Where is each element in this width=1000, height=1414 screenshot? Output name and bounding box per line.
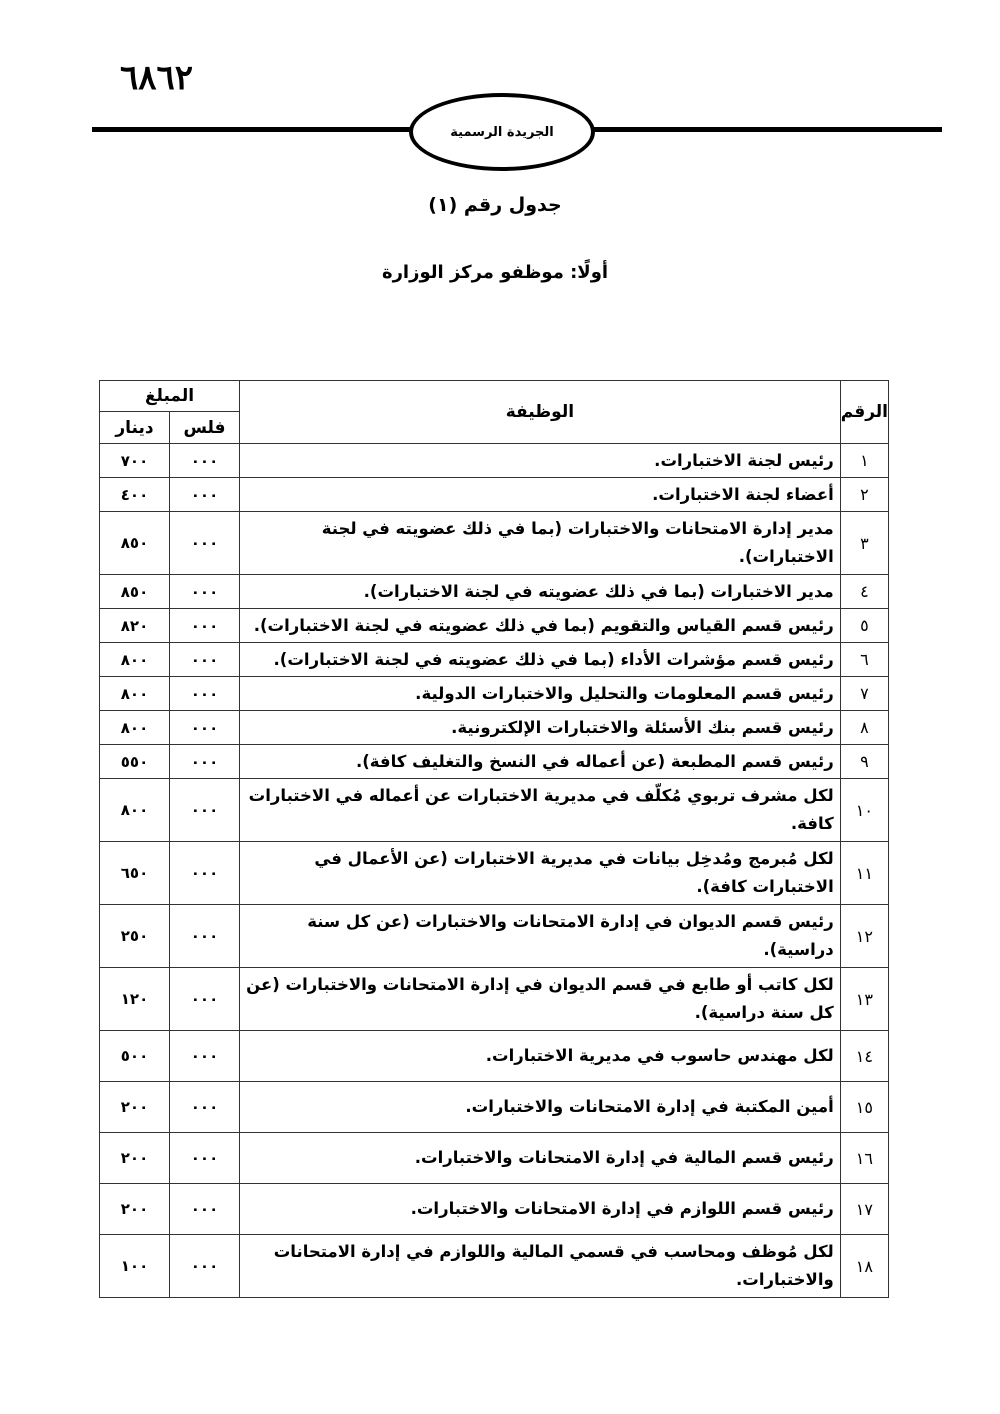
row-job: أمين المكتبة في إدارة الامتحانات والاختب… <box>240 1082 841 1133</box>
row-job: لكل مشرف تربوي مُكلّف في مديرية الاختبار… <box>240 779 841 842</box>
row-dinar: ٢٠٠ <box>100 1082 170 1133</box>
row-fils: ٠٠٠ <box>170 1184 240 1235</box>
row-number: ١٧ <box>840 1184 888 1235</box>
table-row: ١ رئيس لجنة الاختبارات. ٠٠٠ ٧٠٠ <box>100 444 889 478</box>
row-job: رئيس قسم المالية في إدارة الامتحانات وال… <box>240 1133 841 1184</box>
row-fils: ٠٠٠ <box>170 779 240 842</box>
row-job: رئيس قسم بنك الأسئلة والاختبارات الإلكتر… <box>240 711 841 745</box>
row-number: ٦ <box>840 643 888 677</box>
row-job: رئيس قسم القياس والتقويم (بما في ذلك عضو… <box>240 609 841 643</box>
table-row: ٩ رئيس قسم المطبعة (عن أعماله في النسخ و… <box>100 745 889 779</box>
row-fils: ٠٠٠ <box>170 745 240 779</box>
row-number: ٧ <box>840 677 888 711</box>
row-fils: ٠٠٠ <box>170 512 240 575</box>
row-number: ٤ <box>840 575 888 609</box>
row-fils: ٠٠٠ <box>170 677 240 711</box>
gazette-title: الجريدة الرسمية <box>450 125 554 140</box>
table-row: ٥ رئيس قسم القياس والتقويم (بما في ذلك ع… <box>100 609 889 643</box>
row-dinar: ٢٥٠ <box>100 905 170 968</box>
row-dinar: ٥٥٠ <box>100 745 170 779</box>
row-dinar: ٨٢٠ <box>100 609 170 643</box>
row-dinar: ٨٠٠ <box>100 711 170 745</box>
row-number: ١٨ <box>840 1235 888 1298</box>
row-fils: ٠٠٠ <box>170 1133 240 1184</box>
row-number: ٥ <box>840 609 888 643</box>
row-dinar: ١٠٠ <box>100 1235 170 1298</box>
table-row: ٧ رئيس قسم المعلومات والتحليل والاختبارا… <box>100 677 889 711</box>
row-job: لكل مهندس حاسوب في مديرية الاختبارات. <box>240 1031 841 1082</box>
section-title: أولًا: موظفو مركز الوزارة <box>0 262 990 283</box>
row-number: ٢ <box>840 478 888 512</box>
table-row: ١٧ رئيس قسم اللوازم في إدارة الامتحانات … <box>100 1184 889 1235</box>
table-row: ١٦ رئيس قسم المالية في إدارة الامتحانات … <box>100 1133 889 1184</box>
row-dinar: ٥٠٠ <box>100 1031 170 1082</box>
table-row: ٦ رئيس قسم مؤشرات الأداء (بما في ذلك عضو… <box>100 643 889 677</box>
row-job: لكل مُوظف ومحاسب في قسمي المالية واللواز… <box>240 1235 841 1298</box>
row-dinar: ١٢٠ <box>100 968 170 1031</box>
table-row: ١٠ لكل مشرف تربوي مُكلّف في مديرية الاخت… <box>100 779 889 842</box>
row-fils: ٠٠٠ <box>170 842 240 905</box>
table-row: ٨ رئيس قسم بنك الأسئلة والاختبارات الإلك… <box>100 711 889 745</box>
row-fils: ٠٠٠ <box>170 711 240 745</box>
allowance-table: الرقم الوظيفة المبلغ فلس دينار ١ رئيس لج… <box>99 380 889 1298</box>
row-number: ١٥ <box>840 1082 888 1133</box>
table-row: ١١ لكل مُبرمج ومُدخِل بيانات في مديرية ا… <box>100 842 889 905</box>
header-number: الرقم <box>840 381 888 444</box>
row-number: ١٢ <box>840 905 888 968</box>
row-fils: ٠٠٠ <box>170 478 240 512</box>
row-number: ٣ <box>840 512 888 575</box>
row-dinar: ٤٠٠ <box>100 478 170 512</box>
row-job: رئيس قسم المطبعة (عن أعماله في النسخ وال… <box>240 745 841 779</box>
row-number: ١٦ <box>840 1133 888 1184</box>
page-number: ٦٨٦٢ <box>120 58 193 98</box>
row-job: مدير إدارة الامتحانات والاختبارات (بما ف… <box>240 512 841 575</box>
table-row: ٤ مدير الاختبارات (بما في ذلك عضويته في … <box>100 575 889 609</box>
row-number: ٩ <box>840 745 888 779</box>
gazette-badge: الجريدة الرسمية <box>409 93 595 171</box>
row-job: رئيس قسم اللوازم في إدارة الامتحانات وال… <box>240 1184 841 1235</box>
row-dinar: ٧٠٠ <box>100 444 170 478</box>
table-row: ٣ مدير إدارة الامتحانات والاختبارات (بما… <box>100 512 889 575</box>
table-row: ١٨ لكل مُوظف ومحاسب في قسمي المالية والل… <box>100 1235 889 1298</box>
row-number: ١٠ <box>840 779 888 842</box>
row-job: لكل كاتب أو طابع في قسم الديوان في إدارة… <box>240 968 841 1031</box>
row-number: ١٣ <box>840 968 888 1031</box>
table-row: ١٢ رئيس قسم الديوان في إدارة الامتحانات … <box>100 905 889 968</box>
row-fils: ٠٠٠ <box>170 968 240 1031</box>
row-dinar: ٢٠٠ <box>100 1133 170 1184</box>
table-row: ١٥ أمين المكتبة في إدارة الامتحانات والا… <box>100 1082 889 1133</box>
row-fils: ٠٠٠ <box>170 1031 240 1082</box>
table-row: ١٣ لكل كاتب أو طابع في قسم الديوان في إد… <box>100 968 889 1031</box>
row-job: لكل مُبرمج ومُدخِل بيانات في مديرية الاخ… <box>240 842 841 905</box>
row-job: أعضاء لجنة الاختبارات. <box>240 478 841 512</box>
row-dinar: ٦٥٠ <box>100 842 170 905</box>
row-fils: ٠٠٠ <box>170 1082 240 1133</box>
row-job: رئيس قسم المعلومات والتحليل والاختبارات … <box>240 677 841 711</box>
header-amount: المبلغ <box>100 381 240 412</box>
row-job: رئيس قسم مؤشرات الأداء (بما في ذلك عضويت… <box>240 643 841 677</box>
row-job: رئيس قسم الديوان في إدارة الامتحانات وال… <box>240 905 841 968</box>
header-dinar: دينار <box>100 412 170 444</box>
table-row: ١٤ لكل مهندس حاسوب في مديرية الاختبارات.… <box>100 1031 889 1082</box>
row-dinar: ٨٥٠ <box>100 512 170 575</box>
row-dinar: ٨٠٠ <box>100 677 170 711</box>
row-fils: ٠٠٠ <box>170 609 240 643</box>
header-fils: فلس <box>170 412 240 444</box>
header-job: الوظيفة <box>240 381 841 444</box>
row-fils: ٠٠٠ <box>170 575 240 609</box>
row-job: رئيس لجنة الاختبارات. <box>240 444 841 478</box>
row-fils: ٠٠٠ <box>170 1235 240 1298</box>
row-fils: ٠٠٠ <box>170 643 240 677</box>
row-number: ١١ <box>840 842 888 905</box>
row-fils: ٠٠٠ <box>170 905 240 968</box>
table-row: ٢ أعضاء لجنة الاختبارات. ٠٠٠ ٤٠٠ <box>100 478 889 512</box>
row-job: مدير الاختبارات (بما في ذلك عضويته في لج… <box>240 575 841 609</box>
row-number: ٨ <box>840 711 888 745</box>
table-title: جدول رقم (١) <box>0 194 990 216</box>
row-dinar: ٨٠٠ <box>100 643 170 677</box>
row-number: ١٤ <box>840 1031 888 1082</box>
row-number: ١ <box>840 444 888 478</box>
row-dinar: ٢٠٠ <box>100 1184 170 1235</box>
row-dinar: ٨٥٠ <box>100 575 170 609</box>
row-dinar: ٨٠٠ <box>100 779 170 842</box>
row-fils: ٠٠٠ <box>170 444 240 478</box>
